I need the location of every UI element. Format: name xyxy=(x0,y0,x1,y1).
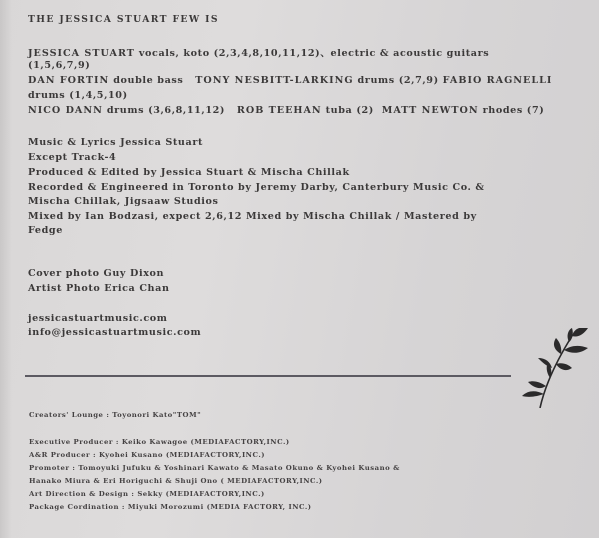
email-text: info@jessicastuartmusic.com xyxy=(28,327,201,338)
lineup-heading: THE JESSICA STUART FEW IS xyxy=(28,14,219,25)
musician-name: JESSICA STUART xyxy=(28,48,135,59)
credit-line: Fedge xyxy=(28,225,63,236)
credit-line: Mischa Chillak, Jigsaaw Studios xyxy=(28,196,219,207)
page-edge-shadow xyxy=(0,0,12,538)
musician-name: DAN FORTIN xyxy=(28,75,109,86)
musician-role: double bass xyxy=(109,75,195,86)
musician-name: TONY NESBITT-LARKING xyxy=(195,75,353,86)
personnel-line-5: NICO DANN drums (3,6,8,11,12) ROB TEEHAN… xyxy=(28,105,544,116)
musician-role: vocals, koto (2,3,4,8,10,11,12)、electric… xyxy=(135,48,489,59)
personnel-line-1: JESSICA STUART vocals, koto (2,3,4,8,10,… xyxy=(28,45,489,59)
creators-lounge-credit: Creators' Lounge : Toyonori Kato"TOM" xyxy=(29,411,201,419)
liner-notes-page: THE JESSICA STUART FEW IS JESSICA STUART… xyxy=(0,0,599,538)
musician-name: MATT NEWTON xyxy=(382,105,479,116)
photo-credit: Artist Photo Erica Chan xyxy=(28,283,170,294)
credit-line: Music & Lyrics Jessica Stuart xyxy=(28,137,203,148)
photo-credit: Cover photo Guy Dixon xyxy=(28,268,164,279)
musician-name: NICO DANN xyxy=(28,105,103,116)
japan-credit-line: Art Direction & Design : Sekky (MEDIAFAC… xyxy=(29,490,265,498)
musician-role: drums (2,7,9) xyxy=(354,75,443,86)
japan-credit-line: A&R Producer : Kyohei Kusano (MEDIAFACTO… xyxy=(29,451,265,459)
personnel-line-2: (1,5,6,7,9) xyxy=(28,60,90,71)
website-text: jessicastuartmusic.com xyxy=(28,313,168,324)
personnel-line-3: DAN FORTIN double bass TONY NESBITT-LARK… xyxy=(28,75,552,86)
musician-role: rhodes (7) xyxy=(479,105,545,116)
leaf-branch-icon xyxy=(518,328,598,408)
musician-role: tuba (2) xyxy=(322,105,382,116)
divider-rule xyxy=(25,375,511,377)
musician-name: FABIO RAGNELLI xyxy=(443,75,553,86)
credit-line: Except Track-4 xyxy=(28,152,116,163)
musician-role: drums (3,6,8,11,12) xyxy=(103,105,237,116)
japan-credit-line: Hanako Miura & Eri Horiguchi & Shuji Ono… xyxy=(29,477,323,485)
personnel-line-4: drums (1,4,5,10) xyxy=(28,90,128,101)
credit-line: Produced & Edited by Jessica Stuart & Mi… xyxy=(28,167,350,178)
japan-credit-line: Promoter : Tomoyuki Jufuku & Yoshinari K… xyxy=(29,464,400,472)
credit-line: Mixed by Ian Bodzasi, expect 2,6,12 Mixe… xyxy=(28,211,477,222)
musician-name: ROB TEEHAN xyxy=(237,105,322,116)
japan-credit-line: Executive Producer : Keiko Kawagoe (MEDI… xyxy=(29,438,290,446)
japan-credit-line: Package Cordination : Miyuki Morozumi (M… xyxy=(29,503,312,511)
credit-line: Recorded & Engineered in Toronto by Jere… xyxy=(28,182,485,193)
